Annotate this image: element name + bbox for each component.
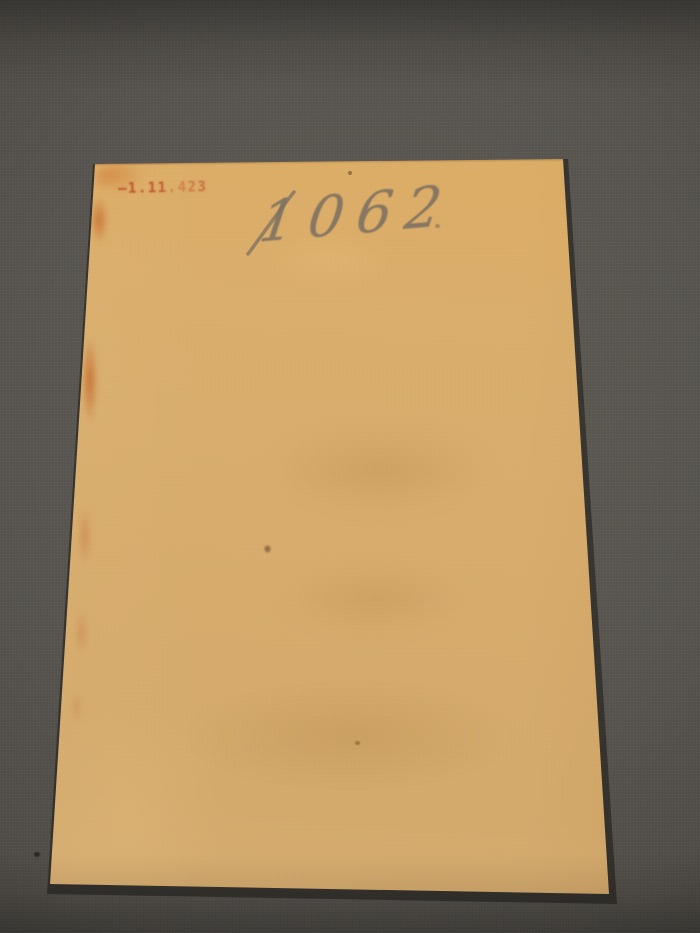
paper-speck [264,545,271,553]
handwritten-number: 1062 [256,178,458,252]
backdrop-speck [34,852,40,857]
date-stamp: –1.11.423 [118,179,208,197]
photo-backdrop: –1.11.423 1062 [0,0,700,933]
ink-showthrough [185,688,515,783]
rust-stain [92,196,109,244]
ink-showthrough [298,572,458,624]
date-stamp-text: –1.11.423 [118,179,208,197]
paper-speck [348,171,352,175]
rust-stain [72,692,83,722]
ink-showthrough [285,438,475,502]
rust-stain [83,336,98,424]
paper-speck [355,741,360,745]
rust-stain [76,610,88,656]
rust-stain [79,505,92,567]
